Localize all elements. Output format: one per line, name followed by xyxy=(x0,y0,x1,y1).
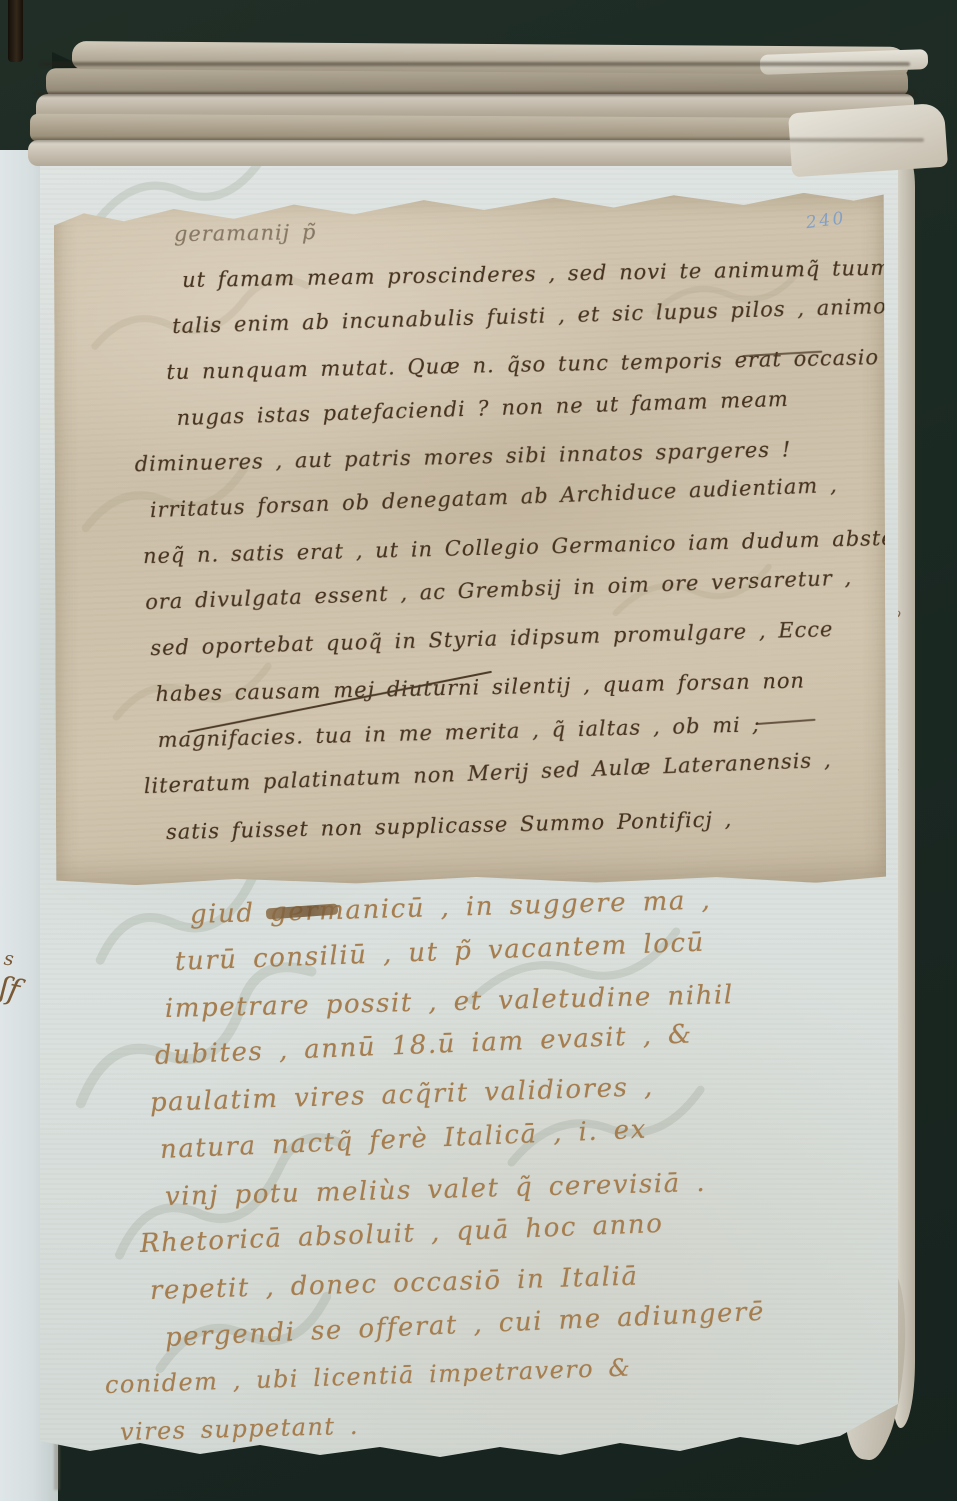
photographed-manuscript-page: ɔ ʒ ʌ giud germanicū , in suggere ma , t… xyxy=(0,0,957,1501)
upper-letter-text: geramanij p̃ ut famam meam proscinderes … xyxy=(54,209,886,856)
book-binding-edge xyxy=(8,0,23,62)
margin-ink-mark: s xyxy=(3,948,15,971)
stack-crevice-shadow xyxy=(36,92,916,96)
lower-letter-text: giud germanicū , in suggere ma , turū co… xyxy=(40,892,898,1456)
stack-crevice-shadow xyxy=(40,62,910,66)
stack-crevice-shadow xyxy=(30,138,924,142)
upper-letter-sheet: 240 geramanij p̃ ut famam meam proscinde… xyxy=(54,187,886,886)
